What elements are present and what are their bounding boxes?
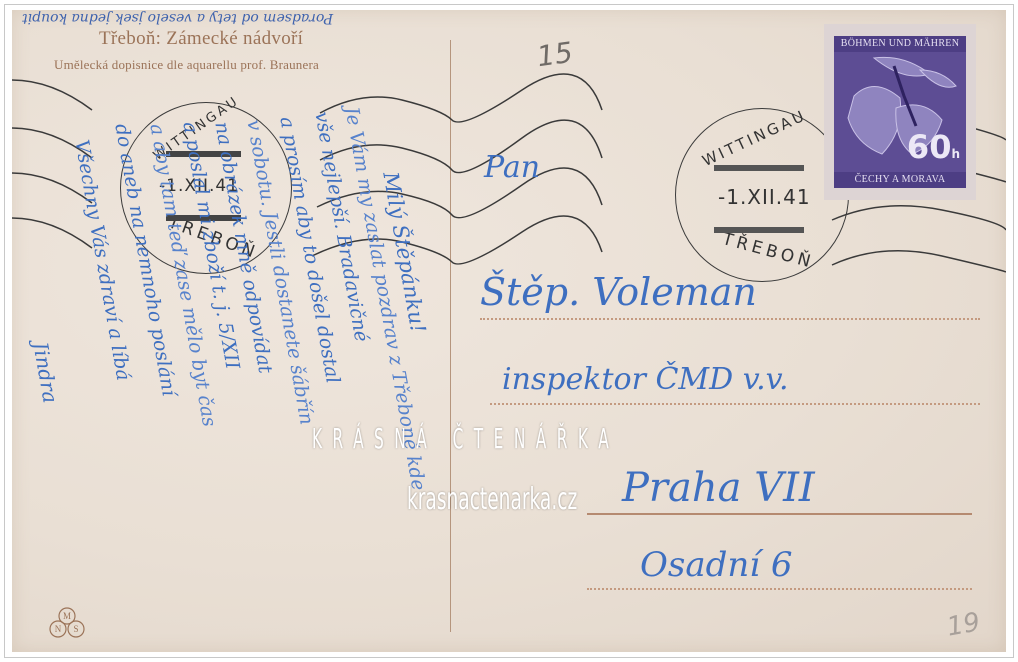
address-title: inspektor ČMD v.v.: [502, 362, 789, 397]
stamp-bottom-text: ČECHY A MORAVA: [834, 172, 966, 188]
svg-text:N: N: [55, 624, 62, 634]
address-street: Osadní 6: [640, 545, 793, 585]
address-line-2: [490, 403, 980, 405]
address-city: Praha VII: [622, 465, 815, 511]
postcard: Třeboň: Zámecké nádvoří Umělecká dopisni…: [12, 10, 1006, 652]
postmark-bar: [714, 165, 804, 171]
stamp-value-number: 60: [907, 128, 952, 166]
postmark-right-date: -1.XII.41: [718, 185, 811, 209]
postmark-right-bottom: TŘEBOŇ: [720, 229, 816, 273]
postmark-bar: [714, 227, 804, 233]
address-line-4: [587, 588, 972, 590]
address-name: Štěp. Voleman: [480, 270, 757, 314]
watermark-url: krasnactenarka.cz: [407, 482, 577, 517]
postage-stamp: BÖHMEN UND MÄHREN 60h ČECHY A MORAVA: [824, 24, 976, 200]
watermark-title: KRÁSNÁ ČTENÁŘKA: [312, 422, 619, 455]
postmark-right: WITTINGAU -1.XII.41 TŘEBOŇ: [675, 108, 849, 282]
address-line-3: [587, 513, 972, 515]
stamp-design: BÖHMEN UND MÄHREN 60h ČECHY A MORAVA: [834, 36, 966, 188]
address-line-1: [480, 318, 980, 320]
publisher-logo-icon: M N S: [47, 606, 87, 640]
stamp-value-unit: h: [951, 147, 960, 161]
svg-text:S: S: [73, 624, 78, 634]
address-salutation: Pan: [484, 150, 540, 185]
stamp-value: 60h: [907, 128, 960, 166]
svg-text:M: M: [63, 611, 71, 621]
